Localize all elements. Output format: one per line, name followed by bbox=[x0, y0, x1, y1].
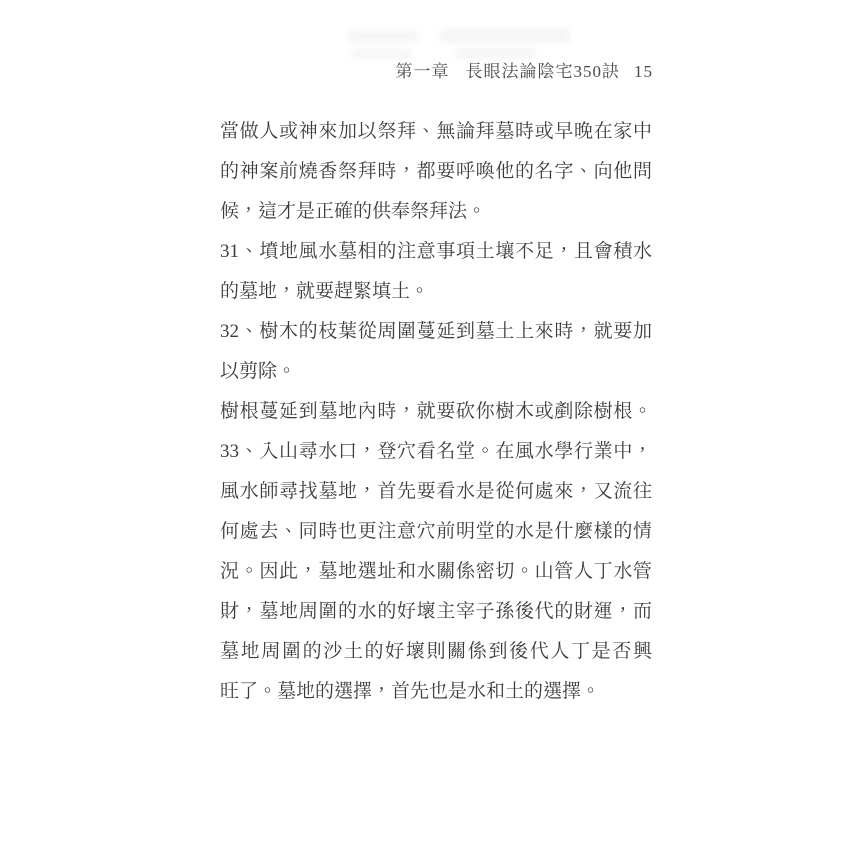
page-number: 15 bbox=[634, 58, 653, 86]
text-line: 候，這才是正確的供奉祭拜法。 bbox=[220, 192, 652, 232]
text-line: 33、入山尋水口，登穴看名堂。在風水學行業中， bbox=[220, 432, 652, 472]
text-line: 何處去、同時也更注意穴前明堂的水是什麼樣的情 bbox=[220, 512, 652, 552]
text-line: 的墓地，就要趕緊填土。 bbox=[220, 272, 652, 312]
text-line: 樹根蔓延到墓地內時，就要砍你樹木或剷除樹根。 bbox=[220, 392, 652, 432]
text-line: 31、墳地風水墓相的注意事項土壤不足，且會積水 bbox=[220, 232, 652, 272]
text-line: 墓地周圍的沙土的好壞則關係到後代人丁是否興 bbox=[220, 632, 652, 672]
running-head: 第一章 長眼法論陰宅350訣 15 bbox=[396, 58, 654, 86]
text-line: 以剪除。 bbox=[220, 352, 652, 392]
book-page: 第一章 長眼法論陰宅350訣 15 當做人或神來加以祭拜、無論拜墓時或早晚在家中… bbox=[0, 0, 850, 850]
text-line: 32、樹木的枝葉從周圍蔓延到墓土上來時，就要加 bbox=[220, 312, 652, 352]
text-line: 風水師尋找墓地，首先要看水是從何處來，又流往 bbox=[220, 472, 652, 512]
text-line: 況。因此，墓地選址和水關係密切。山管人丁水管 bbox=[220, 552, 652, 592]
text-line: 財，墓地周圍的水的好壞主宰子孫後代的財運，而 bbox=[220, 592, 652, 632]
text-line: 旺了。墓地的選擇，首先也是水和土的選擇。 bbox=[220, 672, 652, 712]
text-line: 的神案前燒香祭拜時，都要呼喚他的名字、向他問 bbox=[220, 152, 652, 192]
scan-bleed-through bbox=[440, 28, 570, 43]
page-text-block: 當做人或神來加以祭拜、無論拜墓時或早晚在家中 的神案前燒香祭拜時，都要呼喚他的名… bbox=[220, 112, 652, 712]
chapter-title: 長眼法論陰宅350訣 bbox=[466, 58, 621, 86]
chapter-label: 第一章 bbox=[396, 58, 450, 86]
scan-bleed-through bbox=[348, 30, 418, 43]
text-line: 當做人或神來加以祭拜、無論拜墓時或早晚在家中 bbox=[220, 112, 652, 152]
